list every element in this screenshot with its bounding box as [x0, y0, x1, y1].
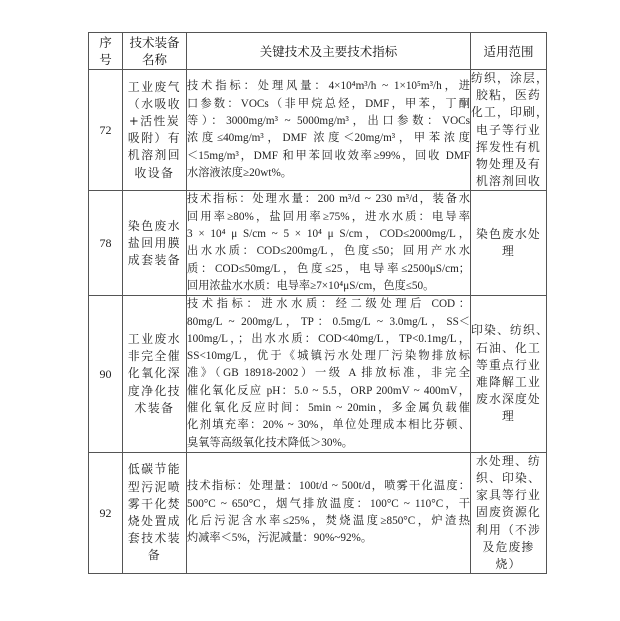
- cell-line: 催化氧化反应时间：5min ~ 20min，多金属负载催: [187, 400, 470, 417]
- cell-line: 技术指标：处理量：100t/d ~ 500t/d，喷雾干化温度：: [187, 478, 470, 495]
- cell-line: 浓度≤40mg/m³，DMF 浓度＜20mg/m³，甲苯浓度: [187, 130, 470, 147]
- cell-line: 等重点行业: [471, 357, 546, 374]
- cell-line: 利用（不涉: [471, 522, 546, 539]
- cell-line: 机溶剂回: [123, 147, 186, 164]
- cell-line: 工业废水: [123, 331, 186, 348]
- cell-line: 臭氧等高级氧化技术降低＞30%。: [187, 435, 470, 452]
- cell-line: 灼减率＜5%，污泥减量：90%~92%。: [187, 530, 470, 547]
- cell-line: 水处理、纺: [471, 453, 546, 470]
- cell-line: 出水水质：COD≤200mg/L，色度≤50；回用产水水: [187, 243, 470, 260]
- cell-line: 技术指标：处理水量：200 m³/d ~ 230 m³/d，装备水: [187, 191, 470, 208]
- cell-line: 盐回用膜: [123, 235, 186, 252]
- cell-line: 烧处置成: [123, 513, 186, 530]
- cell-line: 回用率≥80%，盐回用率≥75%，进水水质：电导率: [187, 209, 470, 226]
- cell-line: 等）：3000mg/m³ ~ 5000mg/m³，出口参数：VOCs: [187, 113, 470, 130]
- row-scope: 染色废水处理: [471, 191, 547, 296]
- cell-line: 电子等行业: [471, 122, 546, 139]
- cell-line: ＜15mg/m³，DMF 和甲苯回收效率≥99%，回收 DMF: [187, 148, 470, 165]
- cell-line: 石油、化工: [471, 340, 546, 357]
- cell-line: 印染、纺织、: [471, 322, 546, 339]
- cell-line: 3 × 10⁴ μ S/cm ~ 5 × 10⁴ μ S/cm，COD≤2000…: [187, 226, 470, 243]
- cell-line: 吸附）有: [123, 130, 186, 147]
- header-seq-line: 号: [89, 51, 122, 68]
- cell-line: 物处理及有: [471, 156, 546, 173]
- row-name: 低碳节能型污泥喷雾干化焚烧处置成套技术装备: [123, 452, 187, 573]
- cell-line: 纺织，涂层，: [471, 70, 546, 87]
- cell-line: 技术指标：处理风量：4×10⁴m³/h ~ 1×10⁵m³/h，进: [187, 78, 470, 95]
- cell-line: 胶粘，医药: [471, 87, 546, 104]
- header-seq-line: 序: [89, 34, 122, 51]
- cell-line: 术装备: [123, 400, 186, 417]
- cell-line: 难降解工业: [471, 374, 546, 391]
- cell-line: 口参数：VOCs（非甲烷总烃，DMF，甲苯，丁酮: [187, 96, 470, 113]
- cell-line: 染色废水处: [471, 226, 546, 243]
- cell-line: 500°C ~ 650°C，烟气排放温度：100°C ~ 110°C，干: [187, 496, 470, 513]
- cell-line: 染色废水: [123, 218, 186, 235]
- cell-line: 水溶液浓度≥20wt%。: [187, 165, 470, 182]
- cell-line: 非完全催: [123, 348, 186, 365]
- row-name: 工业废气（水吸收+活性炭吸附）有机溶剂回收设备: [123, 70, 187, 191]
- cell-line: 化剂填充率：20% ~ 30%，单位处理成本相比芬顿、: [187, 417, 470, 434]
- header-seq: 序 号: [89, 33, 123, 70]
- cell-line: 催化氧化反应 pH：5.0 ~ 5.5，ORP 200mV ~ 400mV，: [187, 383, 470, 400]
- cell-line: 成套装备: [123, 252, 186, 269]
- cell-line: 收设备: [123, 165, 186, 182]
- row-scope: 水处理、纺织、印染、家具等行业固废资源化利用（不涉及危废掺烧）: [471, 452, 547, 573]
- row-seq: 72: [89, 70, 123, 191]
- cell-line: 备: [123, 547, 186, 564]
- cell-line: 废水深度处: [471, 391, 546, 408]
- cell-line: 100mg/L，；出水水质：COD<40mg/L，TP<0.1mg/L，: [187, 331, 470, 348]
- cell-line: 家具等行业: [471, 487, 546, 504]
- cell-line: （水吸收: [123, 96, 186, 113]
- cell-line: 型污泥喷: [123, 479, 186, 496]
- cell-line: 化后污泥含水率≤25%，焚烧温度≥850°C，炉渣热: [187, 513, 470, 530]
- row-seq: 90: [89, 296, 123, 453]
- cell-line: 度净化技: [123, 383, 186, 400]
- cell-line: 回用浓盐水水质：电导率≥7×10⁴μS/cm，色度≤50。: [187, 278, 470, 295]
- cell-line: +活性炭: [123, 113, 186, 130]
- cell-line: SS<10mg/L，优于《城镇污水处理厂污染物排放标: [187, 348, 470, 365]
- table-header-row: 序 号 技术装备 名称 关键技术及主要技术指标 适用范围: [89, 33, 547, 70]
- table-row: 92 低碳节能型污泥喷雾干化焚烧处置成套技术装备 技术指标：处理量：100t/d…: [89, 452, 547, 573]
- cell-line: 工业废气: [123, 79, 186, 96]
- equipment-table: 序 号 技术装备 名称 关键技术及主要技术指标 适用范围 72 工业废气（水吸收…: [88, 32, 547, 574]
- table-row: 78 染色废水盐回用膜成套装备 技术指标：处理水量：200 m³/d ~ 230…: [89, 191, 547, 296]
- header-name: 技术装备 名称: [123, 33, 187, 70]
- row-tech: 技术指标：进水水质：经二级处理后 COD：80mg/L ~ 200mg/L，TP…: [187, 296, 471, 453]
- header-scope: 适用范围: [471, 33, 547, 70]
- table-row: 72 工业废气（水吸收+活性炭吸附）有机溶剂回收设备 技术指标：处理风量：4×1…: [89, 70, 547, 191]
- cell-line: 化工，印刷，: [471, 104, 546, 121]
- row-seq: 92: [89, 452, 123, 573]
- cell-line: 及危废掺: [471, 539, 546, 556]
- cell-line: 技术指标：进水水质：经二级处理后 COD：: [187, 296, 470, 313]
- row-scope: 印染、纺织、石油、化工等重点行业难降解工业废水深度处理: [471, 296, 547, 453]
- cell-line: 挥发性有机: [471, 139, 546, 156]
- row-seq: 78: [89, 191, 123, 296]
- row-scope: 纺织，涂层，胶粘，医药化工，印刷，电子等行业挥发性有机物处理及有机溶剂回收: [471, 70, 547, 191]
- cell-line: 雾干化焚: [123, 496, 186, 513]
- header-name-line: 技术装备: [123, 34, 186, 51]
- cell-line: 织、印染、: [471, 470, 546, 487]
- row-tech: 技术指标：处理量：100t/d ~ 500t/d，喷雾干化温度：500°C ~ …: [187, 452, 471, 573]
- cell-line: 低碳节能: [123, 461, 186, 478]
- cell-line: 固废资源化: [471, 504, 546, 521]
- cell-line: 质：COD≤50mg/L，色度≤25，电导率≤2500μS/cm；: [187, 261, 470, 278]
- header-name-line: 名称: [123, 51, 186, 68]
- cell-line: 机溶剂回收: [471, 173, 546, 190]
- cell-line: 理: [471, 243, 546, 260]
- cell-line: 80mg/L ~ 200mg/L，TP：0.5mg/L ~ 3.0mg/L，SS…: [187, 314, 470, 331]
- cell-line: 烧）: [471, 556, 546, 573]
- row-name: 工业废水非完全催化氧化深度净化技术装备: [123, 296, 187, 453]
- table-row: 90 工业废水非完全催化氧化深度净化技术装备 技术指标：进水水质：经二级处理后 …: [89, 296, 547, 453]
- header-tech: 关键技术及主要技术指标: [187, 33, 471, 70]
- row-tech: 技术指标：处理水量：200 m³/d ~ 230 m³/d，装备水回用率≥80%…: [187, 191, 471, 296]
- row-name: 染色废水盐回用膜成套装备: [123, 191, 187, 296]
- cell-line: 理: [471, 408, 546, 425]
- row-tech: 技术指标：处理风量：4×10⁴m³/h ~ 1×10⁵m³/h，进口参数：VOC…: [187, 70, 471, 191]
- cell-line: 准》（GB 18918-2002）一级 A 排放标准，非完全: [187, 365, 470, 382]
- cell-line: 化氧化深: [123, 365, 186, 382]
- cell-line: 套技术装: [123, 530, 186, 547]
